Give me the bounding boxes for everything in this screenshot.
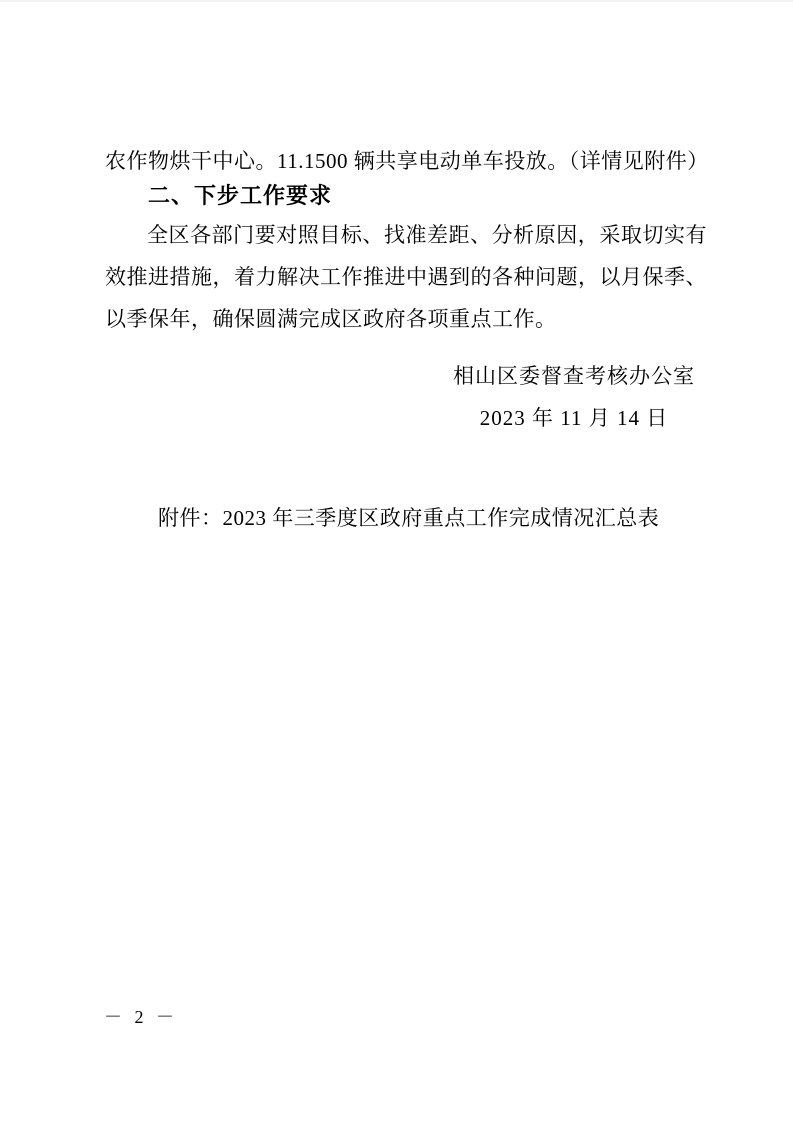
attachment-line: 附件：2023 年三季度区政府重点工作完成情况汇总表 <box>158 497 659 539</box>
signature-org: 相山区委督查考核办公室 <box>453 355 695 397</box>
scan-edge-artifact <box>0 0 793 2</box>
section-heading: 二、下步工作要求 <box>105 175 707 217</box>
document-page: 农作物烘干中心。11.1500 辆共享电动单车投放。（详情见附件） 二、下步工作… <box>0 0 793 1122</box>
signature-date: 2023 年 11 月 14 日 <box>453 397 695 439</box>
body-paragraph: 全区各部门要对照目标、找准差距、分析原因，采取切实有效推进措施，着力解决工作推进… <box>105 214 707 340</box>
signature-block: 相山区委督查考核办公室 2023 年 11 月 14 日 <box>453 355 695 439</box>
page-number: － 2 － <box>104 1005 178 1029</box>
